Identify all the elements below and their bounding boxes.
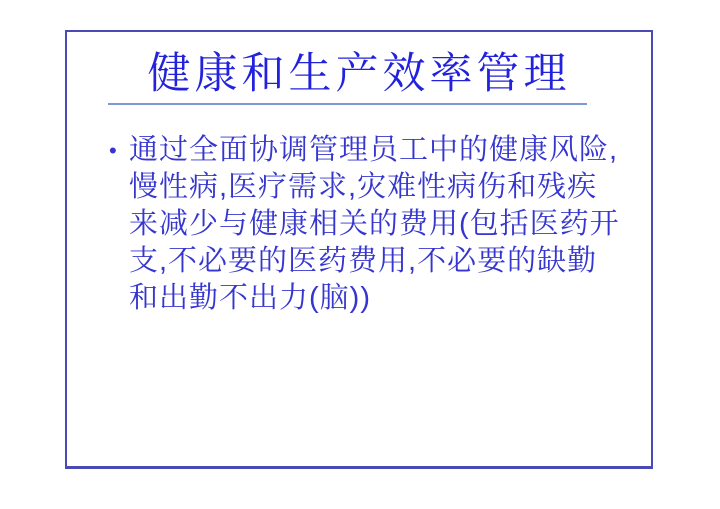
bullet-text-line: 支,不必要的医药费用,不必要的缺勤 <box>129 243 620 280</box>
bullet-text-line: 通过全面协调管理员工中的健康风险, <box>129 132 620 169</box>
bullet-text: 通过全面协调管理员工中的健康风险, 慢性病,医疗需求,灾难性病伤和残疾 来减少与… <box>129 132 620 317</box>
bullet-text-line: 慢性病,医疗需求,灾难性病伤和残疾 <box>129 169 620 206</box>
slide-page: 健康和生产效率管理 • 通过全面协调管理员工中的健康风险, 慢性病,医疗需求,灾… <box>0 0 720 509</box>
slide-title: 健康和生产效率管理 <box>67 40 651 101</box>
bullet-text-line: 和出勤不出力(脑)) <box>129 280 620 317</box>
title-underline <box>108 103 587 105</box>
bullet-item: • 通过全面协调管理员工中的健康风险, 慢性病,医疗需求,灾难性病伤和残疾 来减… <box>109 132 620 317</box>
slide-frame: 健康和生产效率管理 • 通过全面协调管理员工中的健康风险, 慢性病,医疗需求,灾… <box>65 30 653 469</box>
bullet-text-line: 来减少与健康相关的费用(包括医药开 <box>129 206 620 243</box>
bullet-icon: • <box>109 132 129 169</box>
